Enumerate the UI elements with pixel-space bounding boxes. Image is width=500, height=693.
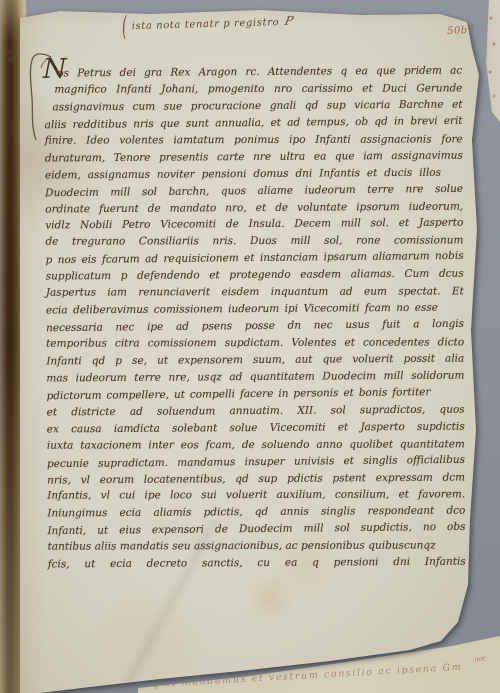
manuscript-text-block: os Petrus dei gra Rex Aragon rc. Attende… <box>44 63 466 574</box>
folio-number-suffix: is <box>467 22 474 30</box>
manuscript-line: temporibus citra comissionem supdictam. … <box>46 334 464 352</box>
manuscript-line: finire. Ideo volentes iamtatum ponimus i… <box>45 131 463 149</box>
folio-number-text: 50b <box>447 25 468 37</box>
paraph-close-mark: P <box>284 14 296 28</box>
manuscript-line: Jaspertus iam renunciaverit eisdem inqua… <box>46 284 464 302</box>
manuscript-line: fcis, ut ecia decreto sanctis, cu ea q p… <box>48 554 466 574</box>
manuscript-line: Infantis, vl cui ipe loco sui voluerit a… <box>47 487 465 505</box>
folio-number: 50bis <box>447 22 475 37</box>
manuscript-line: ex causa iamdicta solebant solue Vicecom… <box>47 418 465 438</box>
paraph-open-mark: ( <box>122 12 129 44</box>
manuscript-scan: q et mandamus et vestrum consilio ac ips… <box>0 0 500 693</box>
manuscript-line: magnifico Infanti Johani, pmogenito nro … <box>44 80 462 98</box>
manuscript-line: os Petrus dei gra Rex Aragon rc. Attende… <box>44 63 462 83</box>
manuscript-line: tantibus aliis mandatis seu assignacioni… <box>48 538 466 556</box>
